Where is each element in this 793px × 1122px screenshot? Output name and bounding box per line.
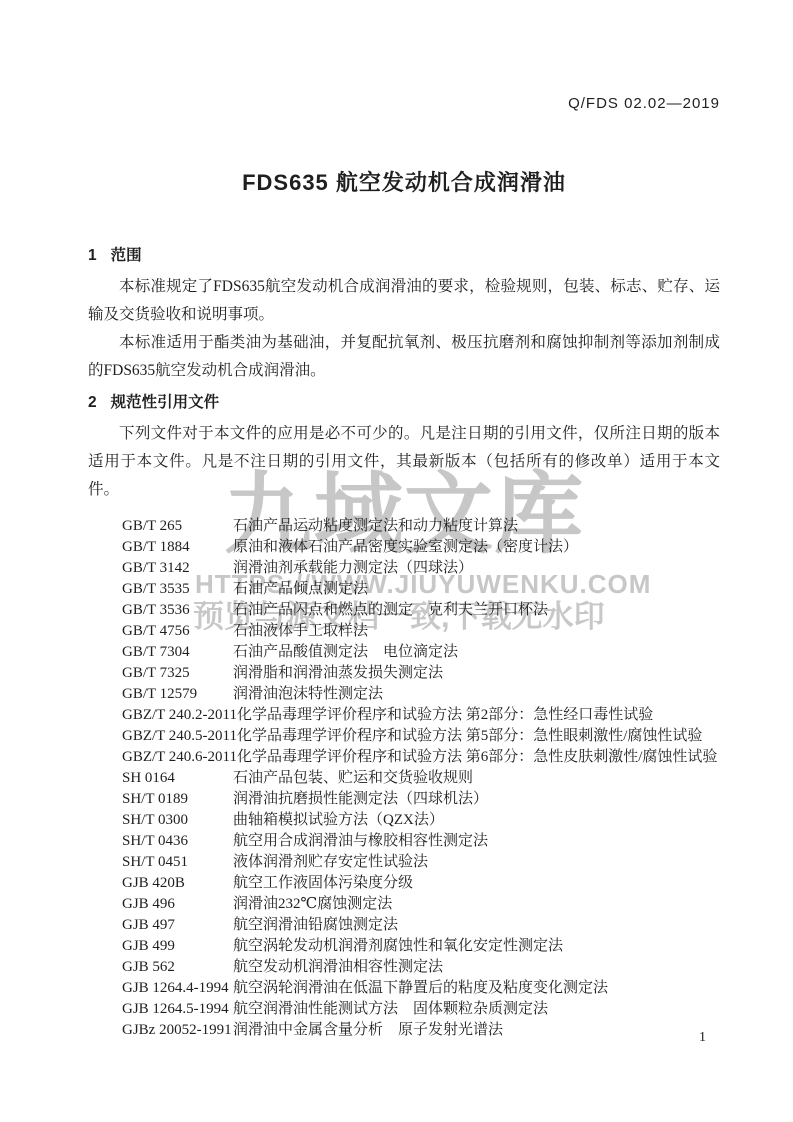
reference-title: 润滑油泡沫特性测定法 <box>233 684 720 705</box>
reference-code: GBZ/T 240.2-2011 <box>122 705 237 726</box>
reference-row: GB/T 3142润滑油剂承载能力测定法（四球法） <box>122 558 720 579</box>
section-number: 1 <box>88 247 97 264</box>
reference-title: 航空用合成润滑油与橡胶相容性测定法 <box>233 831 720 852</box>
reference-code: GJB 497 <box>122 915 233 936</box>
reference-row: GBZ/T 240.5-2011化学品毒理学评价程序和试验方法 第5部分：急性眼… <box>122 726 720 747</box>
reference-code: GJB 420B <box>122 873 233 894</box>
reference-title: 航空涡轮发动机润滑剂腐蚀性和氧化安定性测定法 <box>233 936 720 957</box>
reference-title: 润滑油抗磨损性能测定法（四球机法） <box>233 789 720 810</box>
reference-row: SH/T 0436航空用合成润滑油与橡胶相容性测定法 <box>122 831 720 852</box>
reference-row: SH 0164石油产品包装、贮运和交货验收规则 <box>122 768 720 789</box>
reference-code: GB/T 3536 <box>122 600 233 621</box>
reference-code: SH/T 0451 <box>122 852 233 873</box>
reference-row: GJB 562航空发动机润滑油相容性测定法 <box>122 957 720 978</box>
reference-row: GJB 499航空涡轮发动机润滑剂腐蚀性和氧化安定性测定法 <box>122 936 720 957</box>
reference-row: GB/T 3535石油产品倾点测定法 <box>122 579 720 600</box>
reference-title: 石油液体手工取样法 <box>233 621 720 642</box>
reference-code: GJB 499 <box>122 936 233 957</box>
reference-code: GJB 562 <box>122 957 233 978</box>
paragraph: 下列文件对于本文件的应用是必不可少的。凡是注日期的引用文件，仅所注日期的版本适用… <box>88 420 720 504</box>
reference-title: 石油产品运动粘度测定法和动力粘度计算法 <box>233 516 720 537</box>
section-heading-text: 范围 <box>111 247 142 264</box>
reference-code: GB/T 7304 <box>122 642 233 663</box>
section-heading: 2规范性引用文件 <box>88 392 720 414</box>
paragraph: 本标准规定了FDS635航空发动机合成润滑油的要求，检验规则，包装、标志、贮存、… <box>88 273 720 329</box>
reference-row: SH/T 0189润滑油抗磨损性能测定法（四球机法） <box>122 789 720 810</box>
reference-code: GB/T 3535 <box>122 579 233 600</box>
reference-row: GBZ/T 240.6-2011化学品毒理学评价程序和试验方法 第6部分：急性皮… <box>122 747 720 768</box>
reference-code: GBZ/T 240.5-2011 <box>122 726 237 747</box>
reference-row: GJB 1264.5-1994航空润滑油性能测试方法 固体颗粒杂质测定法 <box>122 999 720 1020</box>
reference-row: GB/T 1884原油和液体石油产品密度实验室测定法（密度计法） <box>122 537 720 558</box>
reference-code: GJB 1264.4-1994 <box>122 978 233 999</box>
reference-code: GJB 496 <box>122 894 233 915</box>
reference-title: 航空工作液固体污染度分级 <box>233 873 720 894</box>
reference-title: 航空润滑油性能测试方法 固体颗粒杂质测定法 <box>233 999 720 1020</box>
reference-title: 石油产品包装、贮运和交货验收规则 <box>233 768 720 789</box>
reference-code: GJB 1264.5-1994 <box>122 999 233 1020</box>
page-title: FDS635 航空发动机合成润滑油 <box>88 168 720 198</box>
reference-code: GJBz 20052-1991 <box>122 1020 233 1041</box>
reference-code: SH/T 0189 <box>122 789 233 810</box>
reference-row: GJBz 20052-1991润滑油中金属含量分析 原子发射光谱法 <box>122 1020 720 1041</box>
reference-row: GJB 420B航空工作液固体污染度分级 <box>122 873 720 894</box>
reference-code: GB/T 12579 <box>122 684 233 705</box>
reference-code: GB/T 7325 <box>122 663 233 684</box>
references-list: GB/T 265石油产品运动粘度测定法和动力粘度计算法 GB/T 1884原油和… <box>88 516 720 1041</box>
reference-code: SH/T 0300 <box>122 810 233 831</box>
reference-code: GB/T 1884 <box>122 537 233 558</box>
reference-title: 石油产品闪点和燃点的测定 克利夫兰开口杯法 <box>233 600 720 621</box>
reference-row: GJB 497航空润滑油铅腐蚀测定法 <box>122 915 720 936</box>
reference-row: SH/T 0300曲轴箱模拟试验方法（QZX法） <box>122 810 720 831</box>
reference-title: 化学品毒理学评价程序和试验方法 第2部分：急性经口毒性试验 <box>237 705 720 726</box>
paragraph: 本标准适用于酯类油为基础油，并复配抗氧剂、极压抗磨剂和腐蚀抑制剂等添加剂制成的F… <box>88 329 720 385</box>
reference-row: SH/T 0451液体润滑剂贮存安定性试验法 <box>122 852 720 873</box>
reference-row: GB/T 265石油产品运动粘度测定法和动力粘度计算法 <box>122 516 720 537</box>
reference-code: GB/T 3142 <box>122 558 233 579</box>
reference-title: 石油产品酸值测定法 电位滴定法 <box>233 642 720 663</box>
reference-row: GBZ/T 240.2-2011化学品毒理学评价程序和试验方法 第2部分：急性经… <box>122 705 720 726</box>
section-number: 2 <box>88 394 97 411</box>
reference-title: 化学品毒理学评价程序和试验方法 第6部分：急性皮肤刺激性/腐蚀性试验 <box>237 747 720 768</box>
reference-title: 航空润滑油铅腐蚀测定法 <box>233 915 720 936</box>
reference-row: GB/T 12579润滑油泡沫特性测定法 <box>122 684 720 705</box>
reference-code: GB/T 265 <box>122 516 233 537</box>
section-scope: 1范围 本标准规定了FDS635航空发动机合成润滑油的要求，检验规则，包装、标志… <box>88 245 720 385</box>
reference-title: 润滑脂和润滑油蒸发损失测定法 <box>233 663 720 684</box>
reference-row: GB/T 7325润滑脂和润滑油蒸发损失测定法 <box>122 663 720 684</box>
reference-title: 航空涡轮润滑油在低温下静置后的粘度及粘度变化测定法 <box>233 978 720 999</box>
reference-title: 化学品毒理学评价程序和试验方法 第5部分：急性眼刺激性/腐蚀性试验 <box>237 726 720 747</box>
reference-title: 航空发动机润滑油相容性测定法 <box>233 957 720 978</box>
page-content: Q/FDS 02.02—2019 FDS635 航空发动机合成润滑油 1范围 本… <box>0 0 793 1041</box>
document-page: 九域文库 HTTPS://WWW.JIUYUWENKU.COM 预览与源文档一致… <box>0 0 793 1122</box>
reference-title: 曲轴箱模拟试验方法（QZX法） <box>233 810 720 831</box>
section-normative-references: 2规范性引用文件 下列文件对于本文件的应用是必不可少的。凡是注日期的引用文件，仅… <box>88 392 720 1041</box>
reference-code: GBZ/T 240.6-2011 <box>122 747 237 768</box>
reference-row: GJB 1264.4-1994航空涡轮润滑油在低温下静置后的粘度及粘度变化测定法 <box>122 978 720 999</box>
reference-code: SH/T 0436 <box>122 831 233 852</box>
reference-title: 润滑油中金属含量分析 原子发射光谱法 <box>233 1020 720 1041</box>
doc-number: Q/FDS 02.02—2019 <box>88 95 720 113</box>
reference-row: GB/T 7304石油产品酸值测定法 电位滴定法 <box>122 642 720 663</box>
reference-code: SH 0164 <box>122 768 233 789</box>
reference-row: GJB 496润滑油232℃腐蚀测定法 <box>122 894 720 915</box>
reference-title: 原油和液体石油产品密度实验室测定法（密度计法） <box>233 537 720 558</box>
reference-row: GB/T 3536石油产品闪点和燃点的测定 克利夫兰开口杯法 <box>122 600 720 621</box>
reference-title: 液体润滑剂贮存安定性试验法 <box>233 852 720 873</box>
reference-row: GB/T 4756石油液体手工取样法 <box>122 621 720 642</box>
section-heading: 1范围 <box>88 245 720 267</box>
section-heading-text: 规范性引用文件 <box>111 394 220 411</box>
reference-title: 润滑油232℃腐蚀测定法 <box>233 894 720 915</box>
reference-code: GB/T 4756 <box>122 621 233 642</box>
reference-title: 润滑油剂承载能力测定法（四球法） <box>233 558 720 579</box>
page-number: 1 <box>699 1030 706 1046</box>
reference-title: 石油产品倾点测定法 <box>233 579 720 600</box>
